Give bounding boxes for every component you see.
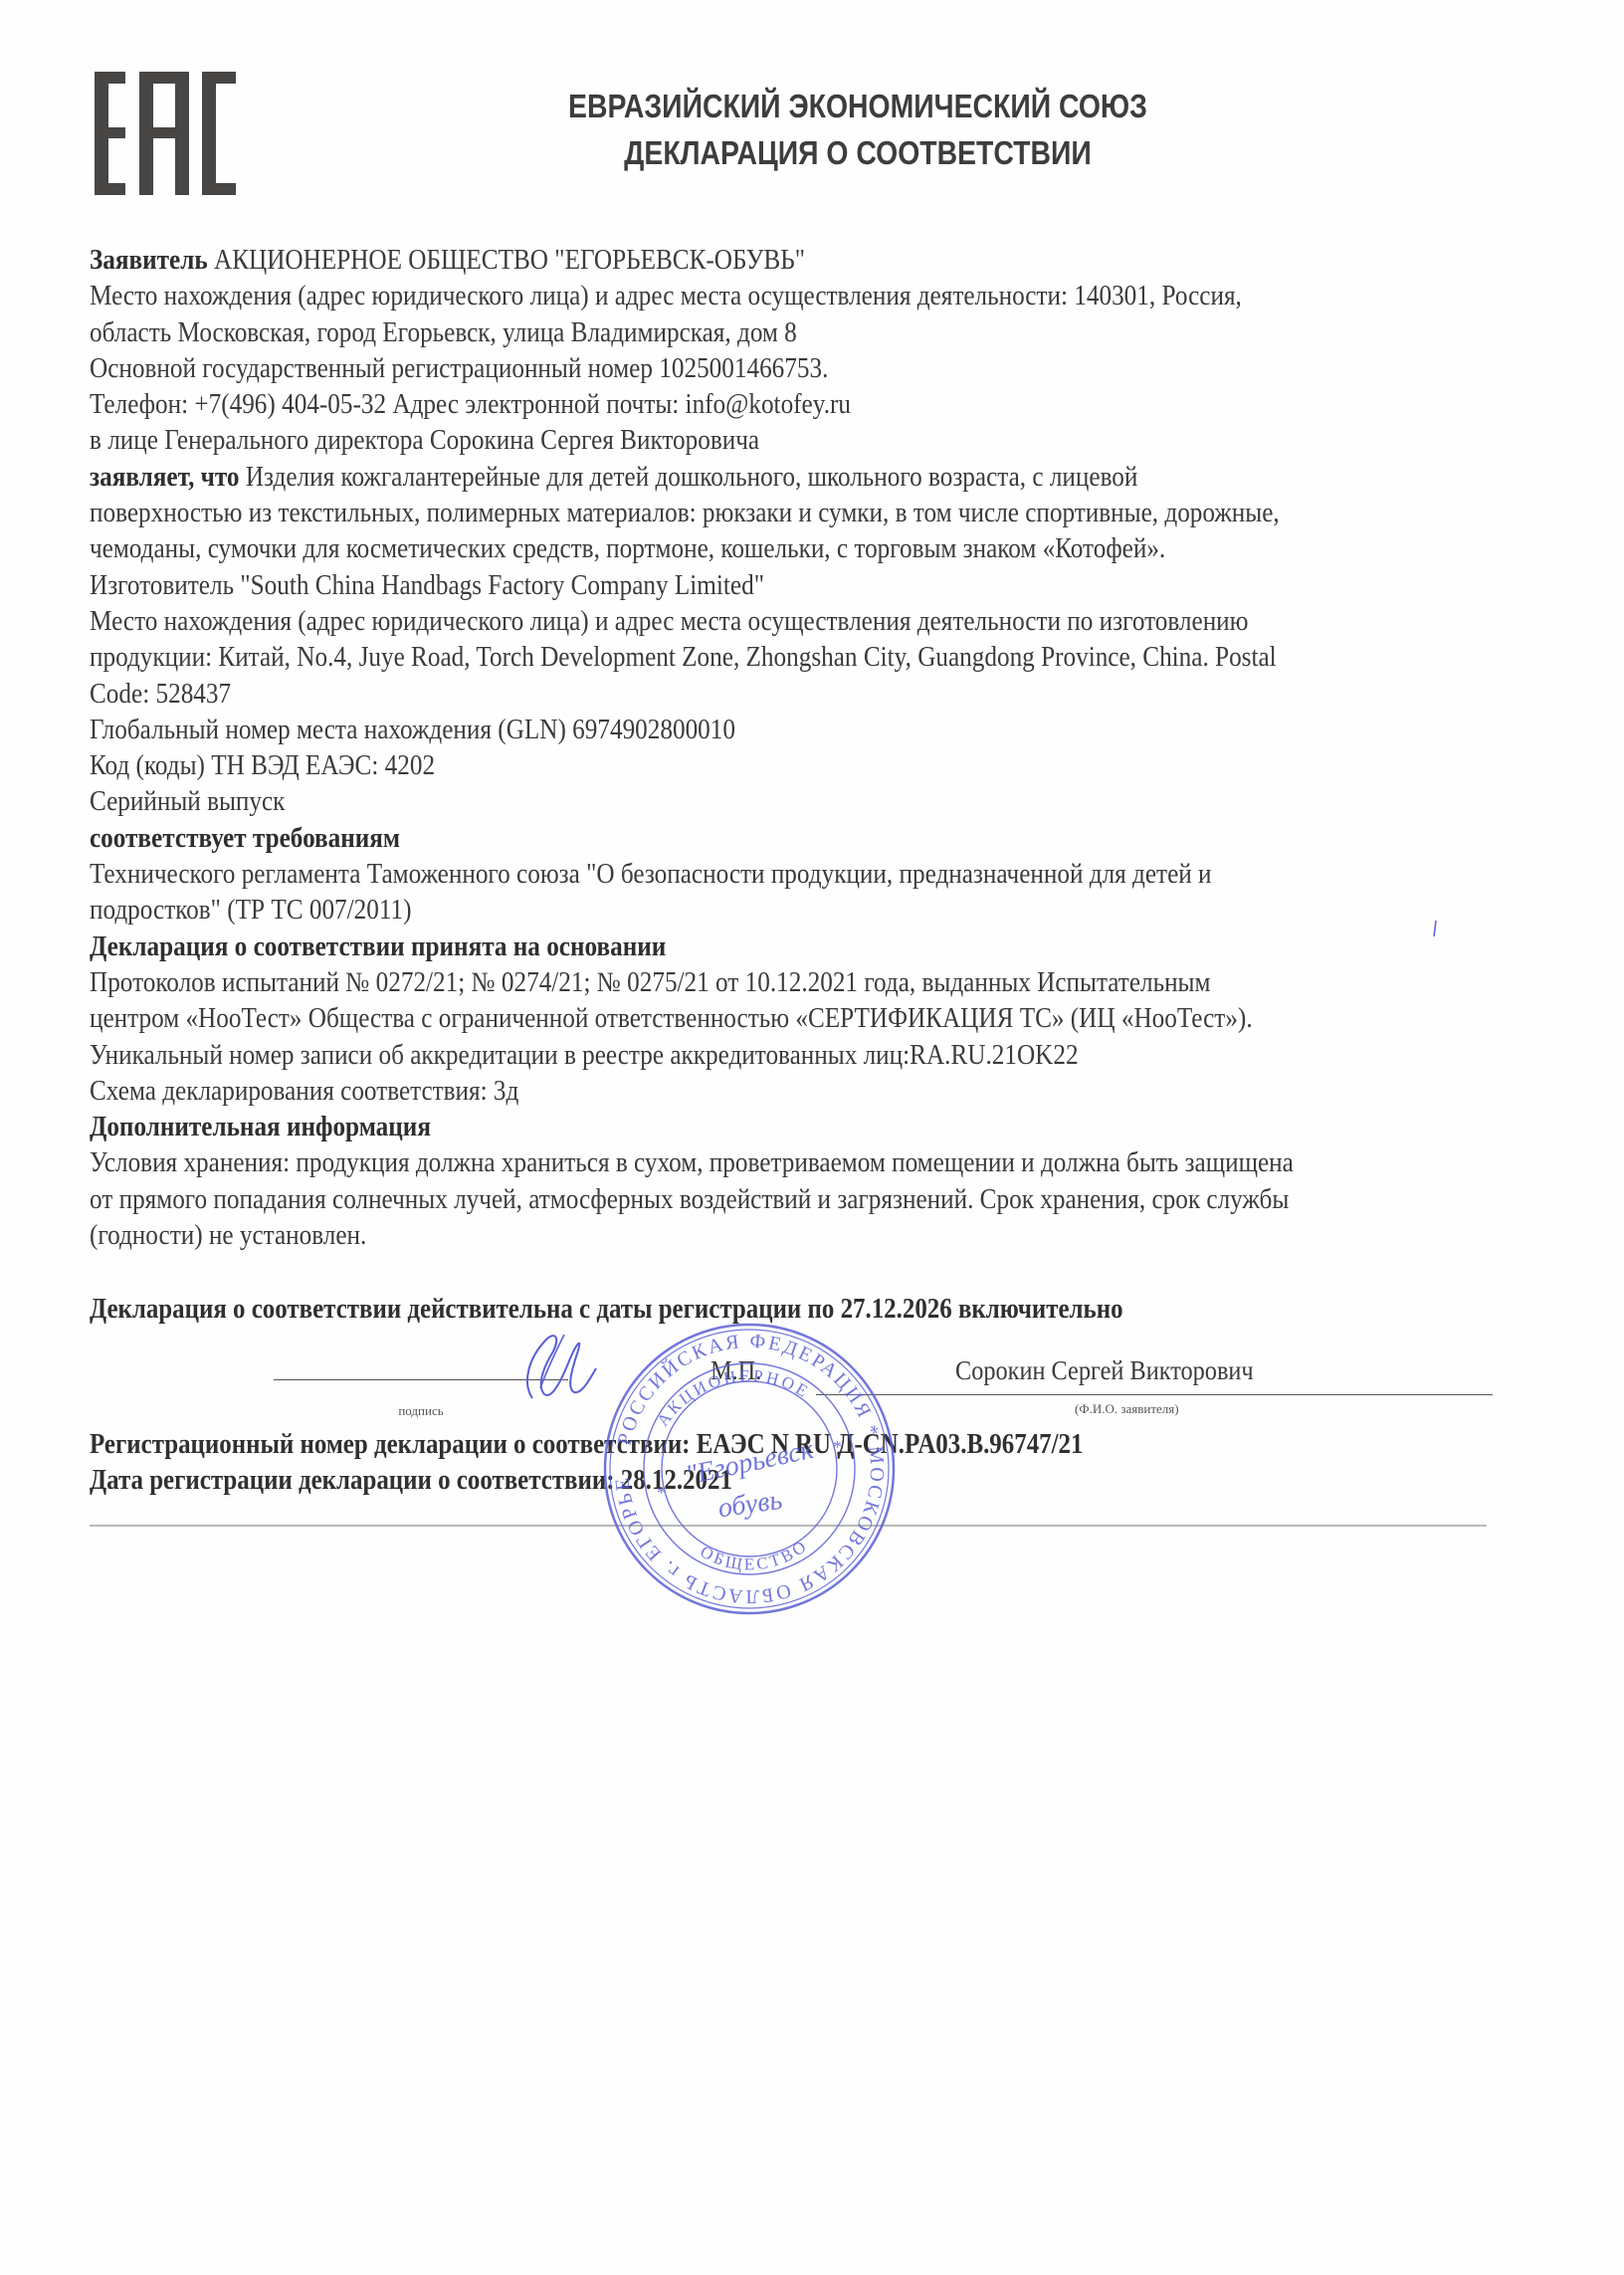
applicant-label: Заявитель xyxy=(90,245,208,276)
applicant-line: Заявитель АКЦИОНЕРНОЕ ОБЩЕСТВО "ЕГОРЬЕВС… xyxy=(90,243,1487,279)
union-title: ЕВРАЗИЙСКИЙ ЭКОНОМИЧЕСКИЙ СОЮЗ xyxy=(463,88,1254,125)
declaration-scheme: Схема декларирования соответствия: 3д xyxy=(90,1074,1487,1110)
declares-line-1: заявляет, что Изделия кожгалантерейные д… xyxy=(90,460,1487,496)
additional-line-3: (годности) не установлен. xyxy=(90,1218,1487,1254)
compliance-line-2: подростков" (ТР ТС 007/2011) xyxy=(90,893,1487,929)
compliance-heading: соответствует требованиям xyxy=(90,821,1487,857)
basis-line-1: Протоколов испытаний № 0272/21; № 0274/2… xyxy=(90,965,1487,1001)
production-type: Серийный выпуск xyxy=(90,784,1487,820)
declaration-body: Заявитель АКЦИОНЕРНОЕ ОБЩЕСТВО "ЕГОРЬЕВС… xyxy=(90,243,1487,1254)
manufacturer-address-2: продукции: Китай, No.4, Juye Road, Torch… xyxy=(90,640,1487,676)
compliance-line-1: Технического регламента Таможенного союз… xyxy=(90,857,1487,893)
handwritten-signature xyxy=(503,1329,597,1403)
product-description: Изделия кожгалантерейные для детей дошко… xyxy=(240,462,1138,493)
declaration-page: ЕВРАЗИЙСКИЙ ЭКОНОМИЧЕСКИЙ СОЮЗ ДЕКЛАРАЦИ… xyxy=(0,0,1624,2275)
signature-label: подпись xyxy=(274,1403,568,1419)
signature-line xyxy=(274,1379,568,1380)
fio-label: (Ф.И.О. заявителя) xyxy=(1075,1401,1179,1417)
manufacturer-gln: Глобальный номер места нахождения (GLN) … xyxy=(90,713,1487,748)
svg-text:ОБЩЕСТВО: ОБЩЕСТВО xyxy=(698,1536,812,1574)
additional-line-1: Условия хранения: продукция должна храни… xyxy=(90,1145,1487,1181)
registration-number: Регистрационный номер декларации о соотв… xyxy=(90,1429,1083,1461)
tn-ved-code: Код (коды) ТН ВЭД ЕАЭС: 4202 xyxy=(90,748,1487,784)
pen-mark xyxy=(1433,921,1437,936)
basis-line-3: Уникальный номер записи об аккредитации … xyxy=(90,1038,1487,1074)
applicant-fio: Сорокин Сергей Викторович xyxy=(955,1355,1254,1386)
applicant-representative: в лице Генерального директора Сорокина С… xyxy=(90,423,1487,459)
additional-heading: Дополнительная информация xyxy=(90,1110,1487,1145)
seal-place-label: М.П. xyxy=(710,1355,761,1386)
basis-heading: Декларация о соответствии принята на осн… xyxy=(90,930,1487,965)
applicant-name: АКЦИОНЕРНОЕ ОБЩЕСТВО "ЕГОРЬЕВСК-ОБУВЬ" xyxy=(208,245,805,276)
applicant-ogrn: Основной государственный регистрационный… xyxy=(90,351,1487,387)
basis-line-2: центром «НооТест» Общества с ограниченно… xyxy=(90,1001,1487,1037)
applicant-address-1: Место нахождения (адрес юридического лиц… xyxy=(90,279,1487,314)
eac-logo xyxy=(95,72,236,195)
manufacturer-address-1: Место нахождения (адрес юридического лиц… xyxy=(90,604,1487,640)
document-title: ДЕКЛАРАЦИЯ О СООТВЕТСТВИИ xyxy=(463,134,1254,172)
declares-line-3: чемоданы, сумочки для косметических сред… xyxy=(90,531,1487,567)
registration-date: Дата регистрации декларации о соответств… xyxy=(90,1465,732,1497)
declares-line-2: поверхностью из текстильных, полимерных … xyxy=(90,496,1487,531)
fio-line xyxy=(816,1394,1493,1395)
manufacturer-name: Изготовитель "South China Handbags Facto… xyxy=(90,568,1487,604)
declares-label: заявляет, что xyxy=(90,462,240,493)
manufacturer-address-3: Code: 528437 xyxy=(90,677,1487,713)
additional-line-2: от прямого попадания солнечных лучей, ат… xyxy=(90,1182,1487,1218)
validity-statement: Декларация о соответствии действительна … xyxy=(90,1294,1123,1326)
bottom-divider xyxy=(90,1525,1487,1527)
applicant-contacts: Телефон: +7(496) 404-05-32 Адрес электро… xyxy=(90,387,1487,423)
applicant-address-2: область Московская, город Егорьевск, ули… xyxy=(90,315,1487,351)
